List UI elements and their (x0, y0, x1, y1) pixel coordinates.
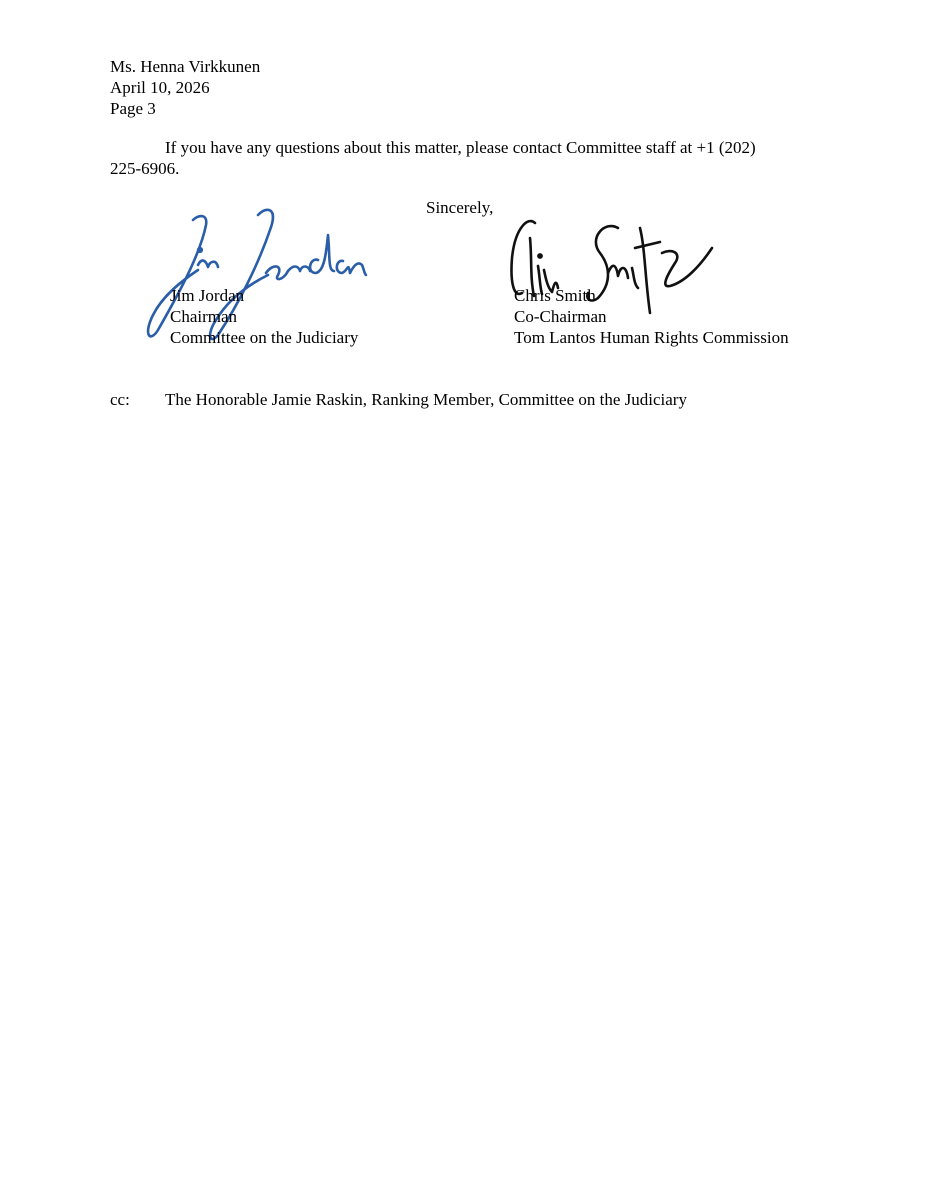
body-paragraph: If you have any questions about this mat… (110, 137, 810, 179)
signatory-title: Chairman (170, 306, 358, 327)
signatory-title: Co-Chairman (514, 306, 789, 327)
signatory-organization: Tom Lantos Human Rights Commission (514, 327, 789, 348)
recipient-name: Ms. Henna Virkkunen (110, 56, 260, 77)
paragraph-line-2: 225-6906. (110, 158, 810, 179)
letter-date: April 10, 2026 (110, 77, 260, 98)
cc-line: cc:The Honorable Jamie Raskin, Ranking M… (110, 389, 687, 410)
paragraph-line-1: If you have any questions about this mat… (110, 137, 810, 158)
cc-label: cc: (110, 389, 165, 410)
signatory-name: Chris Smith (514, 285, 789, 306)
signatory-jordan: Jim Jordan Chairman Committee on the Jud… (170, 285, 358, 348)
page-number: Page 3 (110, 98, 260, 119)
closing-salutation: Sincerely, (426, 197, 493, 218)
cc-recipient: The Honorable Jamie Raskin, Ranking Memb… (165, 390, 687, 409)
letter-header: Ms. Henna Virkkunen April 10, 2026 Page … (110, 56, 260, 119)
signatory-smith: Chris Smith Co-Chairman Tom Lantos Human… (514, 285, 789, 348)
signatory-organization: Committee on the Judiciary (170, 327, 358, 348)
signatory-name: Jim Jordan (170, 285, 358, 306)
